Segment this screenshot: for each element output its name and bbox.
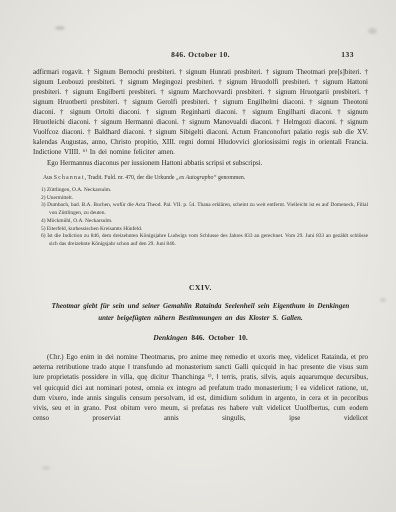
page-header: 846. October 10. 133 (33, 50, 368, 60)
charter-cxiii-witness-list: adfirmari rogavit. † Signum Bernochi pre… (33, 67, 368, 157)
page-number: 133 (341, 50, 354, 59)
source-note-prefix: Aus (43, 175, 54, 181)
footnote-marker: 5) (41, 226, 46, 232)
footnote-marker: 2) (41, 195, 46, 201)
source-note: Aus Schannat, Tradit. Fuld. nr. 470, der… (33, 175, 368, 181)
footnote-item-6: 6) Ist die Indiction zu 846, dem dreizeh… (33, 233, 368, 248)
section-heading-cxiv: CXIV. (33, 283, 368, 292)
footnote-text: Dumbach, bad. B.A. Buchen, wofür die Act… (47, 202, 368, 216)
source-note-mid: , Tradit. Fuld. nr. 470, der die Urkunde (85, 175, 176, 181)
charter-regest: Theotmar giebt für sein und seiner Gemah… (33, 300, 368, 324)
scan-artifact (380, 298, 386, 302)
charter-dateline: Denkingen 846. October 10. (33, 333, 368, 342)
footnote-item-4: 4) Möckmühl, O.A. Neckarsulm. (33, 218, 368, 226)
scribe-subscription: Ego Hermannus diaconus per iussionem Hat… (33, 158, 368, 168)
footnote-item-1: 1) Züttlingen, O.A. Neckarsulm. (33, 187, 368, 195)
source-note-end: genommen. (217, 175, 246, 181)
footnote-text: Züttlingen, O.A. Neckarsulm. (47, 187, 111, 193)
footnote-marker: 4) (41, 218, 46, 224)
dateline-place: Denkingen (153, 333, 187, 342)
charter-cxiv-body: (Chr.) Ego enim in dei nomine Theotmarus… (33, 352, 368, 424)
source-note-author: Schannat (54, 175, 85, 181)
source-note-quote: „ex Autographo“ (176, 175, 217, 181)
footnotes-section: 1) Züttlingen, O.A. Neckarsulm. 2) Unerm… (33, 187, 368, 249)
footnote-text: Eiterfeld, kurhessischen Kreisamts Hünfe… (47, 226, 142, 232)
footnote-text: Möckmühl, O.A. Neckarsulm. (47, 218, 113, 224)
footnote-marker: 6) (41, 233, 46, 239)
dateline-date: 846. October 10. (191, 333, 247, 342)
date-heading: 846. October 10. (171, 50, 230, 59)
footnote-marker: 1) (41, 187, 46, 193)
footnote-item-3: 3) Dumbach, bad. B.A. Buchen, wofür die … (33, 202, 368, 217)
scanned-book-page: 846. October 10. 133 adfirmari rogavit. … (0, 0, 396, 512)
scan-artifact (55, 26, 65, 30)
scan-artifact (42, 466, 50, 470)
footnote-marker: 3) (41, 202, 46, 208)
footnote-text: Unermittelt. (47, 195, 73, 201)
scan-artifact (368, 28, 377, 34)
footnote-text: Ist die Indiction zu 846, dem dreizehnte… (47, 233, 368, 247)
